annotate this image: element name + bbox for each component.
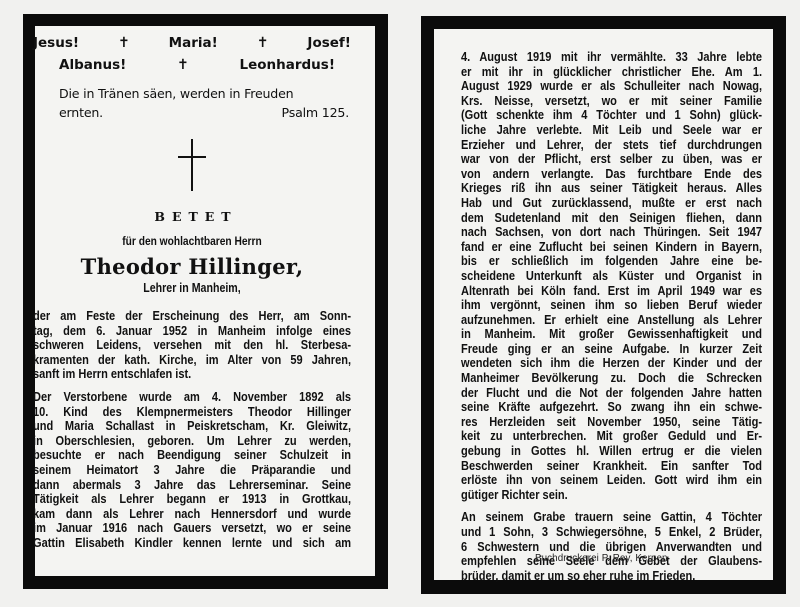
text-line: Der Verstorbene wurde am 4. November 189… xyxy=(33,390,351,405)
biography-continued-paragraph: 4. August 1919 mit ihr vermählte. 33 Jah… xyxy=(461,50,762,502)
text-line: Krieges riß ihn aus seiner Tätigkeit her… xyxy=(461,181,762,196)
text-line: von andern verlangte. Das furchtbare End… xyxy=(461,167,762,182)
text-line: Altenrath bei Köln fand. Erst im April 1… xyxy=(461,284,762,299)
psalm-line-1: Die in Tränen säen, werden in Freuden xyxy=(59,84,349,103)
mourners-paragraph: An seinem Grabe trauern seine Gattin, 4 … xyxy=(461,510,762,583)
text-line: tag, dem 6. Januar 1952 in Manheim infol… xyxy=(33,324,351,339)
invocation-row-1: Jesus! ✝ Maria! ✝ Josef! xyxy=(33,32,351,54)
text-line: ihm vergönnt, seinen ihm so lieben Beruf… xyxy=(461,298,762,313)
psalm-quote: Die in Tränen säen, werden in Freuden er… xyxy=(33,84,351,122)
text-line: 10. Kind des Klempnermeisters Theodor Hi… xyxy=(33,405,351,420)
text-line: kam dann als Lehrer nach Hennersdorf und… xyxy=(33,507,351,522)
text-line: Hab und Gut zurücklassend, mußte er erst… xyxy=(461,196,762,211)
text-line: besuchte er nach Beendigung seiner Schul… xyxy=(33,448,351,463)
psalm-reference: Psalm 125. xyxy=(282,103,349,122)
text-line: brüder, damit er um so eher ruhe im Frie… xyxy=(461,569,762,584)
left-page: Jesus! ✝ Maria! ✝ Josef! Albanus! ✝ Leon… xyxy=(33,32,351,551)
text-line: kramenten der kath. Kirche, im Alter von… xyxy=(33,353,351,368)
text-line: seinem Heimatort 3 Jahre die Präparandie… xyxy=(33,463,351,478)
text-line: Gattin Elisabeth Kindler kennen lernte u… xyxy=(33,536,351,551)
text-line: nach Sachsen, von dort nach Thüringen. S… xyxy=(461,225,762,240)
text-line: er mit ihr in glücklicher christlicher E… xyxy=(461,65,762,80)
text-line: liche Jahre verlebte. Mit Leib und Seele… xyxy=(461,123,762,138)
dedication-line: für den wohlachtbaren Herrn xyxy=(57,234,327,248)
text-line: keit zu unterbrechen. Mit großer Geduld … xyxy=(461,429,762,444)
printer-imprint: Buchdruckerei P. Rey, Kerpen xyxy=(535,553,668,564)
text-line: der am Feste der Erscheinung des Herr, a… xyxy=(33,309,351,324)
text-line: 6 Schwestern und die übrigen Anverwandte… xyxy=(461,540,762,555)
text-line: 4. August 1919 mit ihr vermählte. 33 Jah… xyxy=(461,50,762,65)
latin-cross-icon xyxy=(177,139,207,191)
text-line: war von der Pflicht, erst selber zu üben… xyxy=(461,152,762,167)
text-line: im Januar 1916 nach Gauers versetzt, wo … xyxy=(33,521,351,536)
text-line: aufzunehmen. Er erhielt eine Anstellung … xyxy=(461,313,762,328)
biography-paragraph: Der Verstorbene wurde am 4. November 189… xyxy=(33,390,351,551)
deceased-name: Theodor Hillinger, xyxy=(33,254,351,279)
text-line: August 1929 wurde er als Schulleiter nac… xyxy=(461,79,762,94)
invocation-row-2: Albanus! ✝ Leonhardus! xyxy=(33,54,351,76)
text-line: sanft im Herrn entschlafen ist. xyxy=(33,367,351,382)
text-line: schweren Leidens, versehen mit den hl. S… xyxy=(33,338,351,353)
text-line: bis er schließlich im folgenden Jahre ei… xyxy=(461,254,762,269)
death-notice-paragraph: der am Feste der Erscheinung des Herr, a… xyxy=(33,309,351,382)
text-line: seine Kräfte aufgezehrt. So zwang ihn ei… xyxy=(461,400,762,415)
text-line: in Oberschlesien, geboren. Um Lehrer zu … xyxy=(33,434,351,449)
cross-icon: ✝ xyxy=(257,32,269,54)
psalm-line-2: ernten. xyxy=(59,103,103,122)
invocation-maria: Maria! xyxy=(169,32,218,54)
text-line: fand er eine Zuflucht bei seinen Kindern… xyxy=(461,240,762,255)
text-line: Freude ging er an seine Aufgabe. In kurz… xyxy=(461,342,762,357)
text-line: Krs. Neisse, versetzt, wo er mit seiner … xyxy=(461,94,762,109)
text-line: Beschwerden seiner Krankheit. Ein sanfte… xyxy=(461,459,762,474)
text-line: scheidene Unterkunft als Küster und Orga… xyxy=(461,269,762,284)
text-line: und 1 Sohn, 3 Schwiegersöhne, 5 Enkel, 2… xyxy=(461,525,762,540)
text-line: der Flucht und die Not der folgenden Jah… xyxy=(461,386,762,401)
cross-icon: ✝ xyxy=(177,54,189,76)
invocation-jesus: Jesus! xyxy=(33,32,79,54)
cross-icon: ✝ xyxy=(118,32,130,54)
text-line: erlöste ihn von seinem Leiden. Gott wird… xyxy=(461,473,762,488)
right-page: 4. August 1919 mit ihr vermählte. 33 Jah… xyxy=(461,50,762,583)
text-line: Tätigkeit als Lehrer begann er 1913 in G… xyxy=(33,492,351,507)
text-line: Erzieher und Lehrer, der stets tief durc… xyxy=(461,138,762,153)
invocation-leonhardus: Leonhardus! xyxy=(240,54,336,76)
text-line: An seinem Grabe trauern seine Gattin, 4 … xyxy=(461,510,762,525)
text-line: dann abermals 3 Jahre das Lehrerseminar.… xyxy=(33,478,351,493)
text-line: dem Sudetenland mit den Seinigen fliehen… xyxy=(461,211,762,226)
deceased-occupation: Lehrer in Manheim, xyxy=(57,281,327,295)
invocation-albanus: Albanus! xyxy=(59,54,126,76)
text-line: gütiger Richter sein. xyxy=(461,488,762,503)
text-line: Manheimer Bevölkerung zu. Doch die Schre… xyxy=(461,371,762,386)
text-line: res Herzleiden seit November 1950, seine… xyxy=(461,415,762,430)
text-line: (Gott schenkte ihm 4 Töchter und 1 Sohn)… xyxy=(461,108,762,123)
betet-heading: BETET xyxy=(33,209,351,224)
text-line: wendeten sich ihm die Herzen der Kinder … xyxy=(461,356,762,371)
invocation-josef: Josef! xyxy=(307,32,351,54)
text-line: in Manheim. Mit großer Gewissenhaftigkei… xyxy=(461,327,762,342)
text-line: und Maria Schallast in Peiskretscham, Kr… xyxy=(33,419,351,434)
text-line: gebung in Gottes hl. Willen ertrug er di… xyxy=(461,444,762,459)
